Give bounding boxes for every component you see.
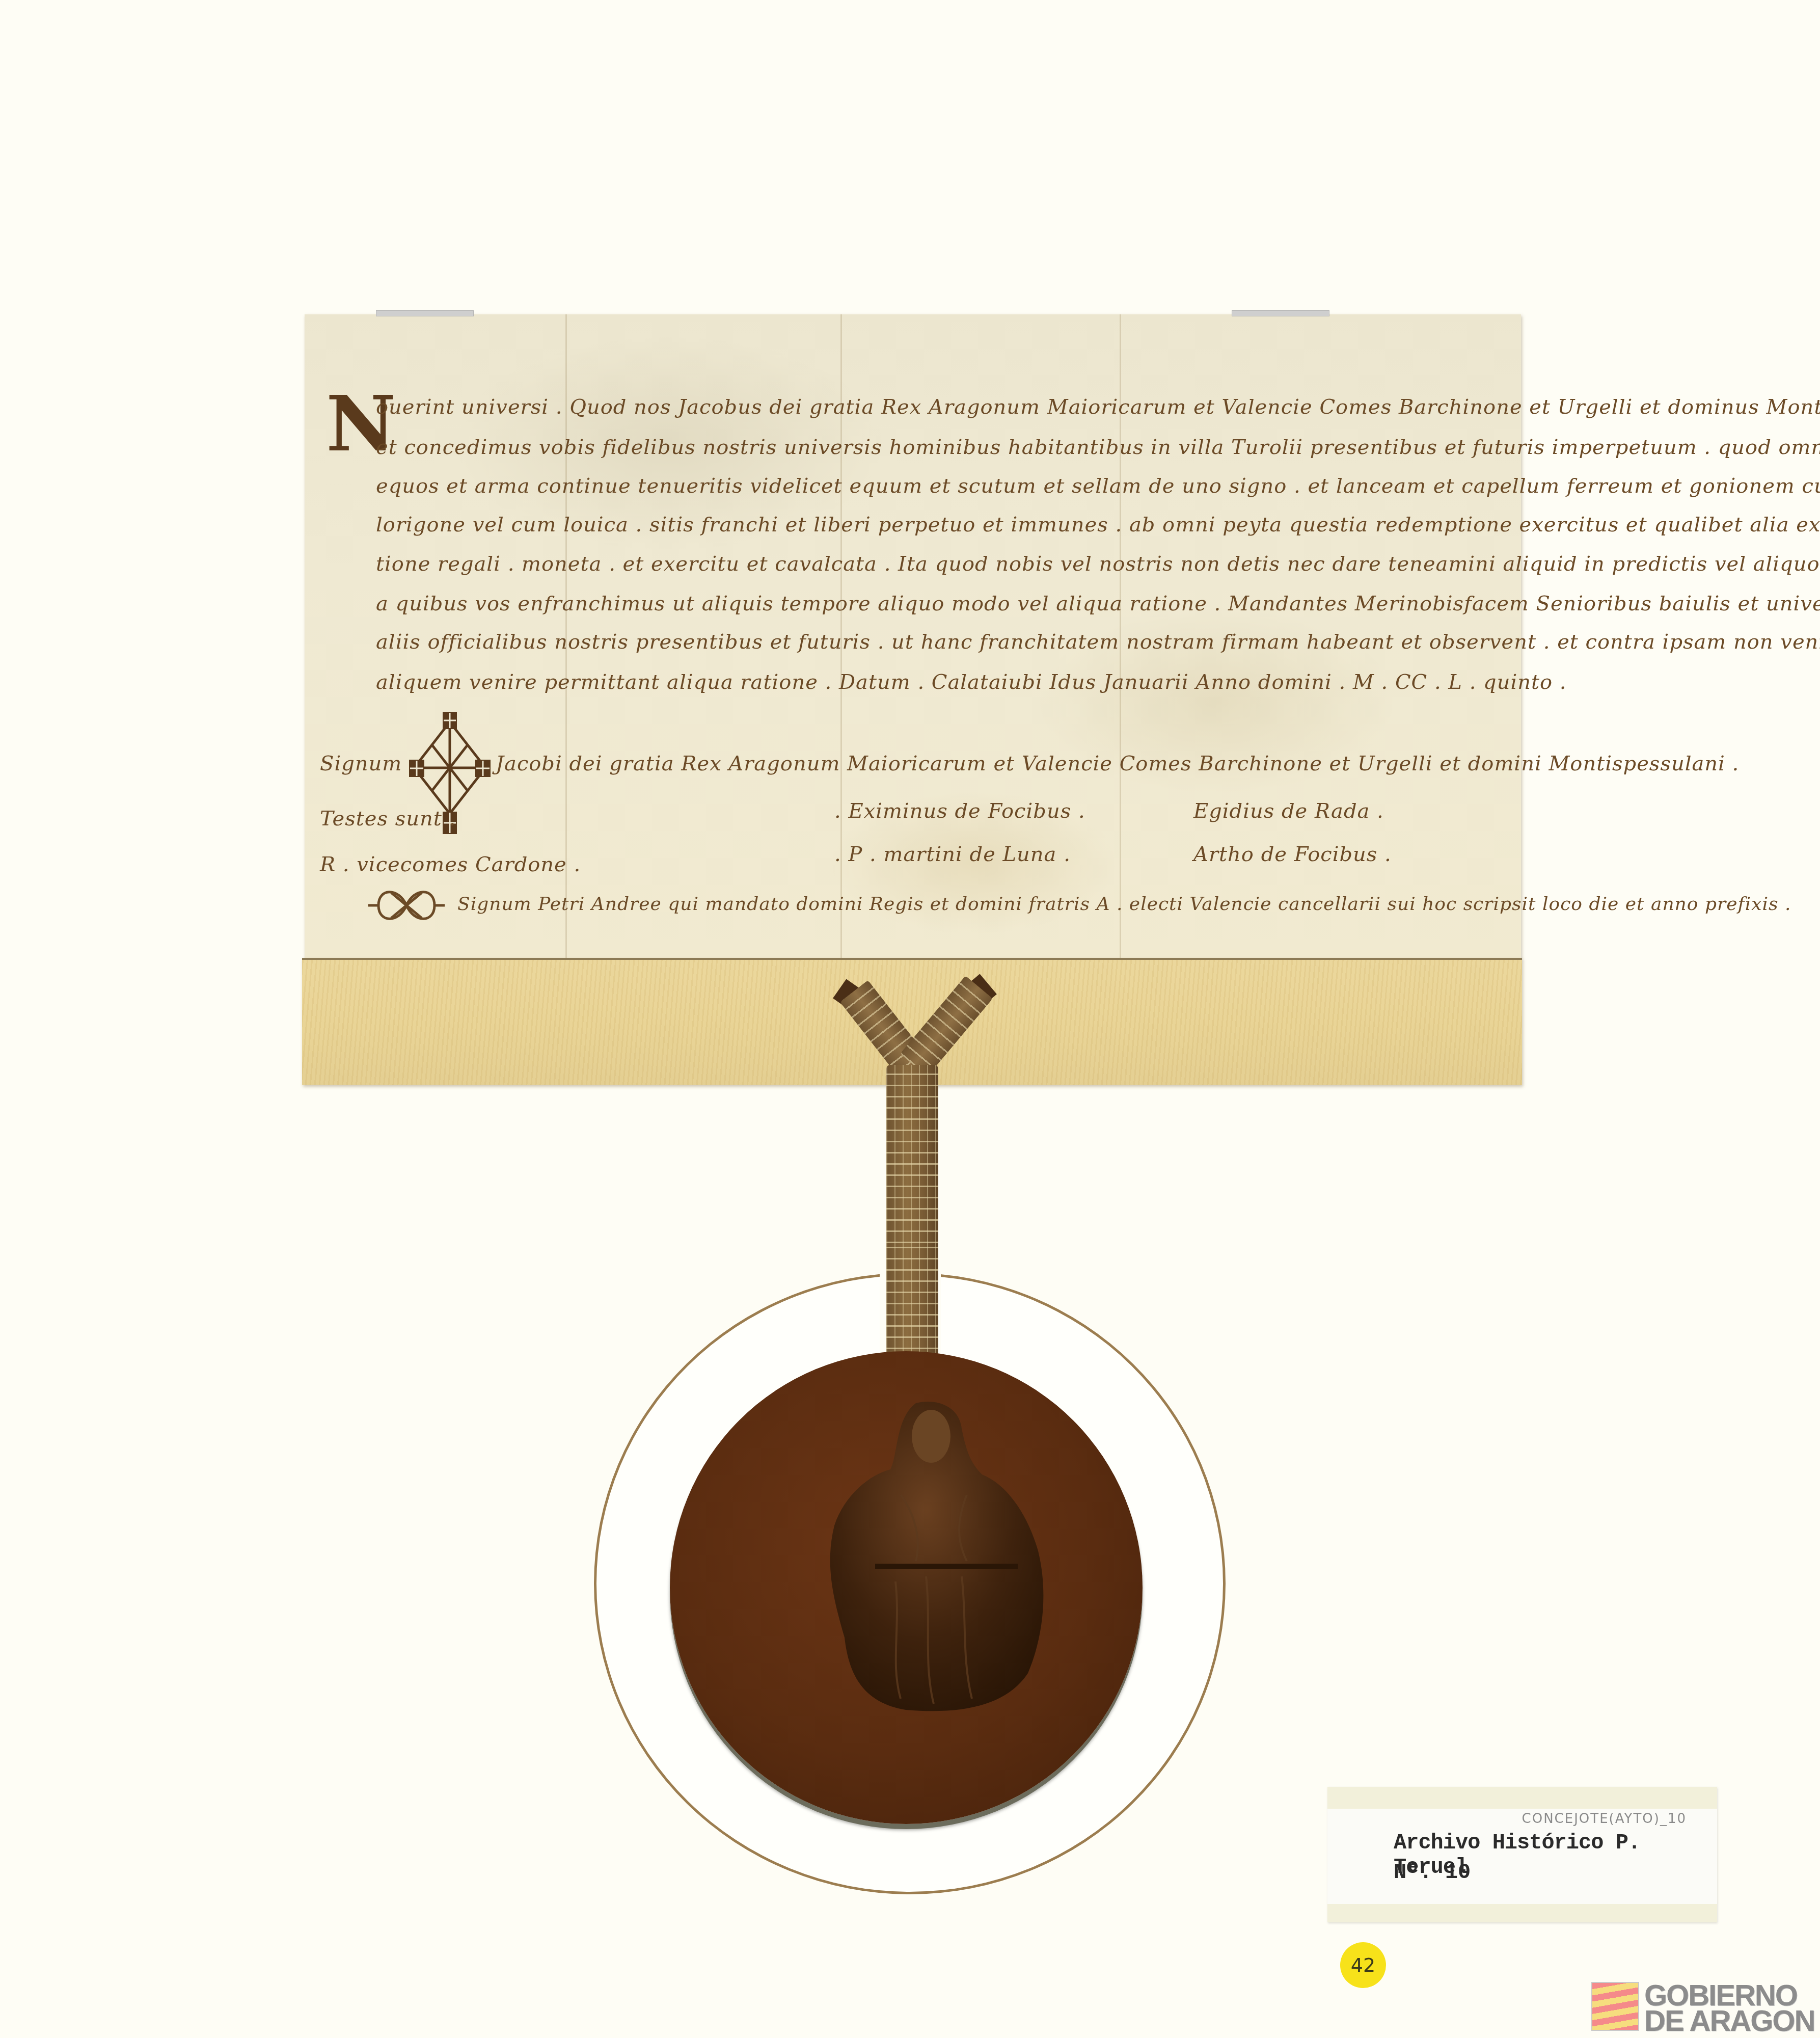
- mount-tab: [1232, 310, 1329, 316]
- seal-cord-lower: [886, 1243, 938, 1360]
- witnesses-label: Testes sunt .: [320, 809, 456, 829]
- parchment-charter: N ouerint universi . Quod nos Jacobus de…: [305, 314, 1521, 959]
- signum-text: Jacobi dei gratia Rex Aragonum Maioricar…: [496, 754, 1739, 774]
- witness: Artho de Focibus .: [1193, 844, 1392, 865]
- manuscript-line: et concedimus vobis fidelibus nostris un…: [376, 437, 1820, 458]
- manuscript-line: aliquem venire permittant aliqua ratione…: [376, 672, 1567, 692]
- manuscript-line: lorigone vel cum louica . sitis franchi …: [376, 515, 1820, 535]
- archive-label-card: CONCEJOTE(AYTO)_10 Archivo Histórico P. …: [1327, 1787, 1717, 1922]
- closing-line: Signum Petri Andree qui mandato domini R…: [457, 895, 1791, 914]
- scribe-knot-sign-icon: [368, 885, 445, 926]
- witness: . P . martini de Luna .: [834, 844, 1071, 865]
- logo-line-2: DE ARAGON: [1644, 2006, 1814, 2036]
- label-document-number: Nº. 10: [1394, 1860, 1471, 1885]
- gobierno-de-aragon-logo: GOBIERNO DE ARAGON: [1591, 1981, 1815, 2032]
- witness: R . vicecomes Cardone .: [320, 854, 581, 875]
- witness: Egidius de Rada .: [1193, 801, 1384, 821]
- manuscript-line: a quibus vos enfranchimus ut aliquis tem…: [376, 594, 1820, 614]
- mount-tab: [376, 310, 474, 316]
- tape-strip: [1327, 1787, 1717, 1809]
- witness: . Eximinus de Focibus .: [834, 801, 1085, 821]
- aragon-flag-icon: [1591, 1982, 1639, 2031]
- sticker-number: 42: [1351, 1954, 1375, 1976]
- tape-strip: [1327, 1904, 1717, 1922]
- manuscript-line: tione regali . moneta . et exercitu et c…: [376, 554, 1820, 574]
- seal-cord-strand: [900, 976, 993, 1077]
- yellow-number-sticker: 42: [1340, 1942, 1386, 1988]
- manuscript-line: ouerint universi . Quod nos Jacobus dei …: [376, 397, 1820, 417]
- signum-label: Signum: [320, 754, 402, 774]
- manuscript-line: aliis officialibus nostris presentibus e…: [376, 632, 1820, 652]
- label-reference-code: CONCEJOTE(AYTO)_10: [1522, 1811, 1687, 1827]
- seal-seated-figure-icon: [814, 1398, 1048, 1715]
- manuscript-line: equos et arma continue tenueritis videli…: [376, 476, 1820, 496]
